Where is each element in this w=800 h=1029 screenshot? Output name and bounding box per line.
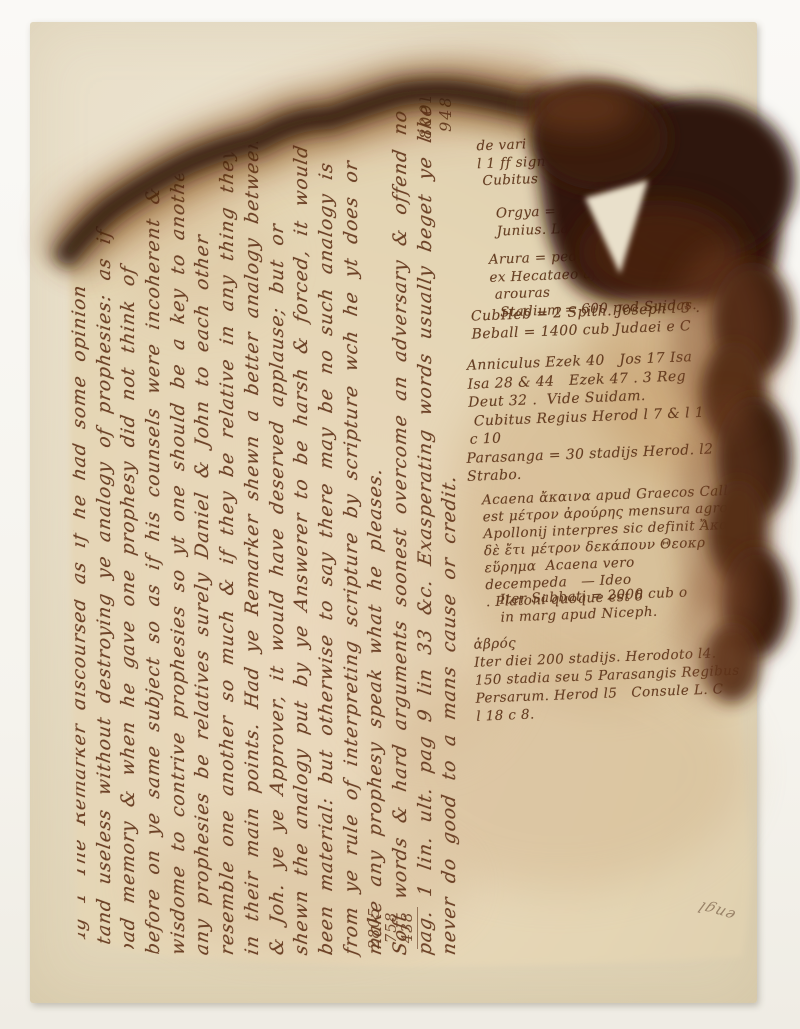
- main-text-block: Pag 1 The Remarker discoursed as if he h…: [68, 103, 464, 955]
- main-text-line: in their main points. Had ye Remarker sh…: [241, 101, 266, 957]
- note-iter-diei: ἁβρός Iter diei 200 stadijs. Herodoto l4…: [473, 626, 741, 726]
- main-text-line: resemble one another so much & if they b…: [216, 101, 241, 957]
- main-text-line: pag. 1 lin. ult. pag 9 lin 33 &c. Exaspe…: [414, 101, 439, 957]
- note-orgya: Orgya = passu Junius. Laurentiu: [496, 201, 623, 241]
- main-text-line: Soft words & hard arguments soonest over…: [389, 101, 414, 957]
- main-text-line: been material: but otherwise to say ther…: [315, 101, 340, 957]
- note-cubitus: de vari l 1 ff sign Cubitus: [476, 136, 547, 191]
- note-parasanga: Parasanga = 30 stadijs Herod. l2 Strabo.: [466, 441, 714, 485]
- main-text-line: wisdome to contrive prophesies so yt one…: [167, 101, 192, 957]
- photograph-of-manuscript: Pag 1 The Remarker discoursed as if he h…: [0, 0, 800, 1029]
- note-iter-sabbati: Iter Sabbati = 2000 cub o in marg apud N…: [500, 585, 689, 627]
- ink-bleedthrough-mark: engl: [695, 898, 739, 925]
- main-text-line: before on ye same subject so as if his c…: [142, 101, 167, 957]
- main-text-line: from ye rule of interpreting scripture b…: [340, 101, 365, 957]
- margin-arithmetic: 2805 758 438: [366, 907, 418, 949]
- main-text-line: make any prophesy speak what he pleases.: [364, 101, 389, 957]
- note-cubitus-hebrew: CubHeb = 2 Spith. Joseph l 3 . Beball = …: [471, 300, 702, 344]
- main-text-line: & Joh. ye ye Approver, it would have des…: [266, 101, 291, 957]
- main-text-line: any prophesies be relatives surely Danie…: [191, 101, 216, 957]
- note-scripture-citations: Anniculus Ezek 40 Jos 17 Isa Isa 28 & 44…: [467, 348, 706, 449]
- main-text-line: shewn the analogy put by ye Answerer to …: [290, 101, 315, 957]
- main-text-line: stand useless without destroying ye anal…: [93, 101, 118, 957]
- main-text-line: bad memory & when he gave one prophesy d…: [117, 101, 142, 957]
